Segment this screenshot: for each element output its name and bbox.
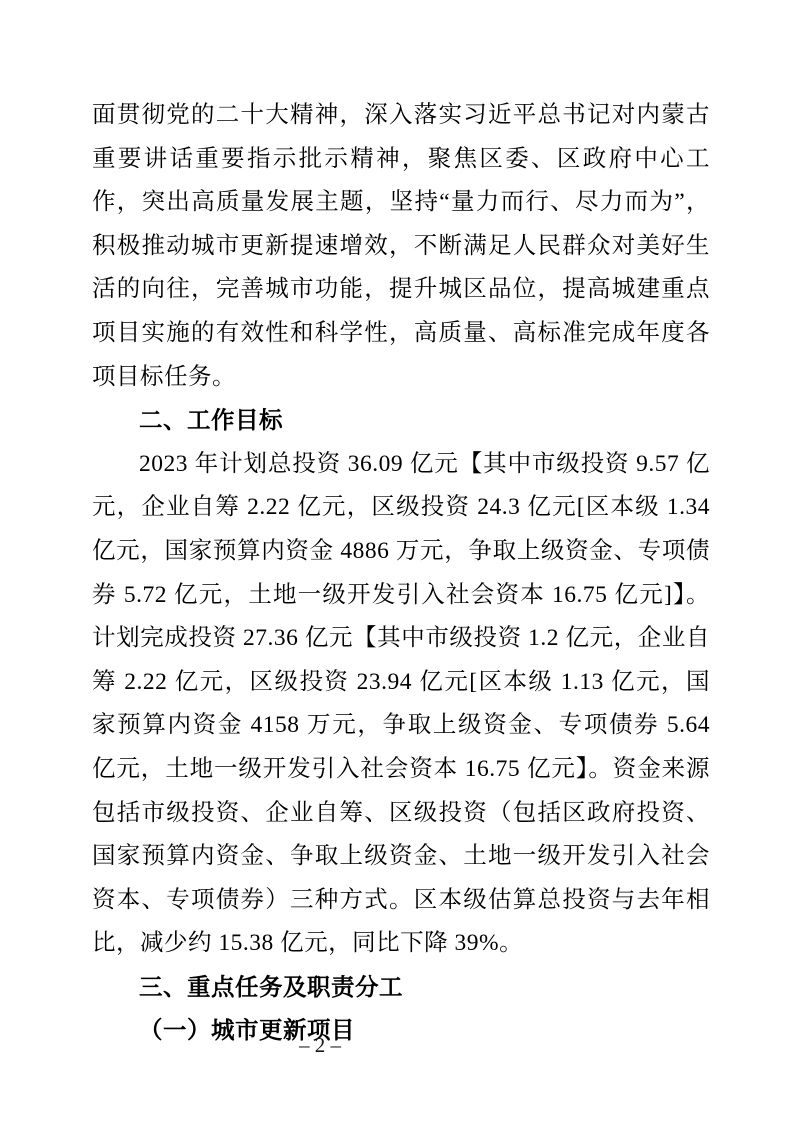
paragraph: 2023 年计划总投资 36.09 亿元【其中市级投资 9.57 亿元，企业自筹… [92,443,710,966]
document-body: 面贯彻党的二十大精神，深入落实习近平总书记对内蒙古重要讲话重要指示批示精神，聚焦… [92,94,710,1053]
paragraph: 面贯彻党的二十大精神，深入落实习近平总书记对内蒙古重要讲话重要指示批示精神，聚焦… [92,94,710,399]
document-page: 面贯彻党的二十大精神，深入落实习近平总书记对内蒙古重要讲话重要指示批示精神，聚焦… [0,0,793,1122]
page-footer: – 2 – [0,1033,640,1058]
section-heading1: 三、重点任务及职责分工 [92,966,710,1010]
page-number: – 2 – [299,1033,341,1057]
section-heading1: 二、工作目标 [92,399,710,443]
